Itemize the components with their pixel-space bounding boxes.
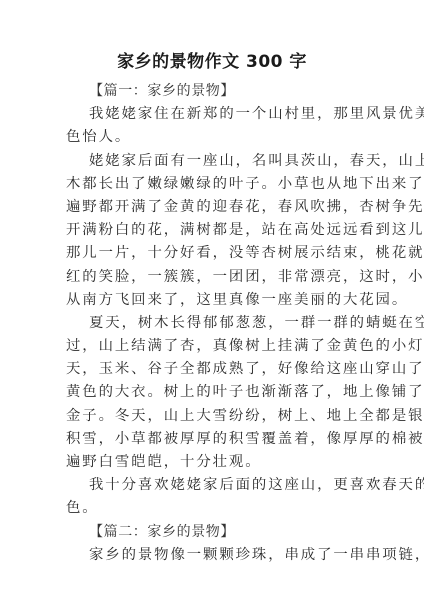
paragraph-line: 色。 (66, 497, 360, 520)
section-heading: 【篇一：家乡的景物】 (66, 80, 360, 103)
paragraph-line: 过，山上结满了杏，真像树上挂满了金黄色的小灯笼。秋 (66, 335, 360, 358)
paragraph-line: 夏天，树木长得郁郁葱葱，一群一群的蜻蜓在空中飞 (66, 312, 360, 335)
paragraph-line: 金子。冬天，山上大雪纷纷，树上、地上全都是银白色的 (66, 405, 360, 428)
paragraph-line: 我姥姥家住在新郑的一个山村里，那里风景优美，景 (66, 103, 360, 126)
section-heading: 【篇二：家乡的景物】 (66, 521, 360, 544)
paragraph-line: 家乡的景物像一颗颗珍珠，串成了一串串项链，其中 (66, 544, 360, 567)
paragraph-line: 遍野白雪皑皑，十分壮观。 (66, 451, 360, 474)
document-page: 家乡的景物作文 300 字 【篇一：家乡的景物】 我姥姥家住在新郑的一个山村里，… (0, 0, 424, 600)
document-body: 【篇一：家乡的景物】 我姥姥家住在新郑的一个山村里，那里风景优美，景 色怡人。 … (66, 80, 360, 567)
paragraph-line: 从南方飞回来了，这里真像一座美丽的大花园。 (66, 289, 360, 312)
paragraph-line: 姥姥家后面有一座山，名叫具茨山，春天，山上的树 (66, 150, 360, 173)
paragraph-line: 那儿一片，十分好看，没等杏树展示结束，桃花就露出粉 (66, 242, 360, 265)
paragraph-line: 黄色的大衣。树上的叶子也渐渐落了，地上像铺了一地的 (66, 381, 360, 404)
paragraph-line: 色怡人。 (66, 126, 360, 149)
paragraph-line: 积雪，小草都被厚厚的积雪覆盖着，像厚厚的棉被，漫天 (66, 428, 360, 451)
paragraph-line: 红的笑脸，一簇簇，一团团，非常漂亮，这时，小燕子也 (66, 266, 360, 289)
paragraph-line: 天，玉米、谷子全都成熟了，好像给这座山穿山了一件金 (66, 358, 360, 381)
paragraph-line: 开满粉白的花，满树都是，站在高处远远看到这儿一片， (66, 219, 360, 242)
document-title: 家乡的景物作文 300 字 (0, 50, 424, 74)
paragraph-line: 遍野都开满了金黄的迎春花，春风吹拂，杏树争先恐后的 (66, 196, 360, 219)
paragraph-line: 木都长出了嫩绿嫩绿的叶子。小草也从地下出来了，满山 (66, 173, 360, 196)
paragraph-line: 我十分喜欢姥姥家后面的这座山，更喜欢春天的景 (66, 474, 360, 497)
